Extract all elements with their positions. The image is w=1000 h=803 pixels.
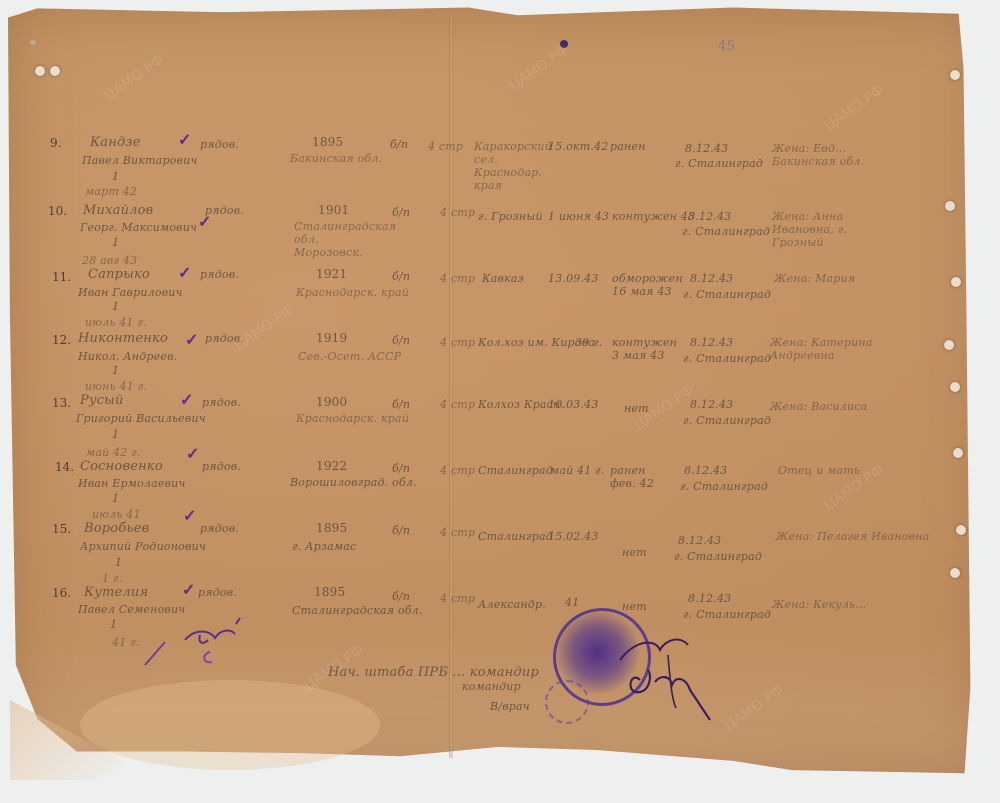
party: б/п [390, 138, 408, 151]
next-of-kin: Жена: Евд... Бакинская обл. [772, 142, 892, 168]
rank: рядов. [202, 396, 241, 409]
given-names: Архипий Родионович [80, 540, 206, 553]
row-number: 13. [52, 396, 71, 410]
unit: 4 стр [440, 592, 475, 605]
row-number: 16. [52, 586, 71, 600]
unit: 4 стр [440, 464, 475, 477]
birth-year: 1895 [316, 522, 347, 535]
check-mark-icon: ✓ [186, 444, 199, 463]
check-mark-icon: ✓ [178, 263, 191, 282]
surname: Сапрыко [88, 268, 150, 281]
given-names: Павел Виктарович [82, 154, 197, 167]
party: б/п [392, 206, 410, 219]
row-number: 14. [55, 460, 74, 474]
row-number: 11. [52, 270, 71, 284]
rank: рядов. [200, 522, 239, 535]
burial-place: г. Сталинград [683, 288, 771, 301]
wound: нет [622, 546, 647, 559]
check-mark-icon: ✓ [178, 130, 191, 149]
burial-place: г. Сталинград [683, 352, 771, 365]
given-names: Георг. Максимович [80, 221, 197, 234]
punch-hole [951, 277, 961, 287]
burial-place: г. Сталинград [674, 550, 762, 563]
birth-year: 1900 [316, 396, 347, 409]
rank: рядов. [202, 460, 241, 473]
punch-hole [950, 382, 960, 392]
next-of-kin: Жена: Василиса [770, 400, 867, 413]
next-of-kin: Жена: Катерина Андреевна [770, 336, 890, 362]
circumstances: Сталинград [478, 530, 553, 543]
birth-year: 1921 [316, 268, 347, 281]
burial-place: г. Сталинград [682, 225, 770, 238]
burial-place: г. Сталинград [680, 480, 768, 493]
punch-hole [956, 525, 966, 535]
rank: рядов. [200, 138, 239, 151]
burial-date: 8.12.43 [690, 272, 733, 285]
punch-hole [950, 70, 960, 80]
call-date: 15.окт.42 [548, 140, 608, 153]
circumstances: г. Грозный [478, 210, 543, 223]
footer-signature-line: Нач. штаба ПРБ ... командир [328, 666, 539, 679]
wound: нет [624, 402, 649, 415]
burial-date: 8.12.43 [688, 592, 731, 605]
call-date: май 41 г. [550, 464, 605, 477]
unit: 4 стр [440, 206, 475, 219]
surname: Сосновенко [80, 460, 163, 473]
punch-hole [953, 448, 963, 458]
missing-date: июнь 41 г. [85, 380, 147, 393]
commander-signature-icon [600, 620, 730, 730]
status: 1 [112, 364, 119, 377]
missing-date: 1 г. [102, 572, 122, 585]
party: б/п [392, 590, 410, 603]
birthplace: г. Арзамас [292, 540, 356, 553]
burial-date: 8.12.43 [678, 534, 721, 547]
surname: Кутелия [84, 586, 148, 599]
birthplace: Ворошиловград. обл. [290, 476, 417, 489]
circumstances: Каракорский сел. Краснодар. края [474, 140, 544, 192]
status: 1 [110, 618, 117, 631]
next-of-kin: Жена: Мария [774, 272, 855, 285]
wound: контужен 43 [612, 210, 695, 223]
next-of-kin: Жена: Пелагея Ивановна [776, 530, 929, 543]
status: 1 [115, 556, 122, 569]
check-mark-icon: ✓ [180, 390, 193, 409]
missing-date: 41 г. [112, 636, 140, 649]
punch-hole [945, 201, 955, 211]
punch-hole [50, 66, 60, 76]
row-number: 15. [52, 522, 71, 536]
punch-hole [950, 568, 960, 578]
row-number: 12. [52, 333, 71, 347]
status: 1 [112, 170, 119, 183]
birth-year: 1919 [316, 332, 347, 345]
punch-hole [35, 66, 45, 76]
punch-hole [944, 340, 954, 350]
circumstances: Кавказ [482, 272, 524, 285]
given-names: Григорий Васильевич [76, 412, 206, 425]
next-of-kin: Отец и мать [778, 464, 860, 477]
burial-date: 8.12.43 [684, 464, 727, 477]
burial-date: 8.12.43 [690, 336, 733, 349]
call-date: 10.03.43 [548, 398, 599, 411]
missing-date: июль 41 г. [85, 316, 147, 329]
unit: 4 стр [440, 272, 475, 285]
footer-signature-line: командир [462, 680, 521, 693]
rank: рядов. [205, 204, 244, 217]
status: 1 [112, 492, 119, 505]
surname: Михайлов [83, 204, 153, 217]
birth-year: 1895 [312, 136, 343, 149]
official-stamp-partial [545, 680, 589, 724]
row-number: 10. [48, 204, 67, 218]
call-date: 41 [565, 596, 579, 609]
burial-date: 8.12.43 [690, 398, 733, 411]
next-of-kin: Жена: Анна Ивановна, г. Грозный [772, 210, 892, 249]
wound: контужен 3 мая 43 [612, 336, 682, 362]
paper-stain [80, 680, 380, 770]
row-number: 9. [50, 136, 61, 150]
party: б/п [392, 334, 410, 347]
call-date: 15.02.43 [548, 530, 599, 543]
rank: рядов. [198, 586, 237, 599]
unit: 4 стр [440, 336, 475, 349]
birthplace: Сталинградская обл. Морозовск. [294, 220, 384, 259]
rank: рядов. [200, 268, 239, 281]
birthplace: Бакинская обл. [290, 152, 382, 165]
page-fold-line [449, 18, 453, 758]
initials-signature-icon [140, 610, 250, 670]
wound: нет [622, 600, 647, 613]
burial-place: г. Сталинград [683, 414, 771, 427]
burial-date: 8.12.43 [688, 210, 731, 223]
birthplace: Краснодарск. край [296, 286, 409, 299]
circumstances: Александр. [478, 598, 546, 611]
call-date: 1 июня 43 [548, 210, 609, 223]
wound: ранен [610, 140, 646, 153]
missing-date: март 42 [85, 185, 137, 198]
birthplace: Сталинградская обл. [292, 604, 423, 617]
check-mark-icon: ✓ [183, 506, 196, 525]
missing-date: 28 авг 43 [82, 254, 137, 267]
rank: рядов. [205, 332, 244, 345]
check-mark-icon: ✓ [185, 330, 198, 349]
birthplace: Сев.-Осет. АССР [298, 350, 401, 363]
call-date: 39 г. [575, 336, 603, 349]
birth-year: 1901 [318, 204, 349, 217]
unit: 4 стр [440, 398, 475, 411]
surname: Никонтенко [78, 332, 168, 345]
status: 1 [112, 300, 119, 313]
party: б/п [392, 524, 410, 537]
check-mark-icon: ✓ [182, 580, 195, 599]
birthplace: Краснодарск. край [296, 412, 409, 425]
unit: 4 стр [440, 526, 475, 539]
birth-year: 1922 [316, 460, 347, 473]
surname: Воробьев [84, 522, 149, 535]
given-names: Никол. Андреев. [78, 350, 177, 363]
wound: ранен фев. 42 [610, 464, 670, 490]
circumstances: Сталинград [478, 464, 553, 477]
surname: Русый [80, 394, 124, 407]
paper-stain [30, 40, 36, 45]
footer-signature-line: В/врач [490, 700, 530, 713]
given-names: Иван Ермолаевич [78, 477, 186, 490]
missing-date: июль 41 [92, 508, 141, 521]
status: 1 [112, 236, 119, 249]
burial-place: г. Сталинград [675, 157, 763, 170]
burial-date: 8.12.43 [685, 142, 728, 155]
page-marker: 45 [718, 40, 735, 53]
missing-date: май 42 г. [86, 446, 141, 459]
birth-year: 1895 [314, 586, 345, 599]
unit: 4 стр [428, 140, 463, 153]
party: б/п [392, 462, 410, 475]
call-date: 13.09.43 [548, 272, 599, 285]
party: б/п [392, 398, 410, 411]
party: б/п [392, 270, 410, 283]
status: 1 [112, 428, 119, 441]
wound: обморожен 16 мая 43 [612, 272, 682, 298]
next-of-kin: Жена: Кекуль... [772, 598, 866, 611]
surname: Кандзе [90, 136, 141, 149]
given-names: Иван Гаврилович [78, 286, 183, 299]
